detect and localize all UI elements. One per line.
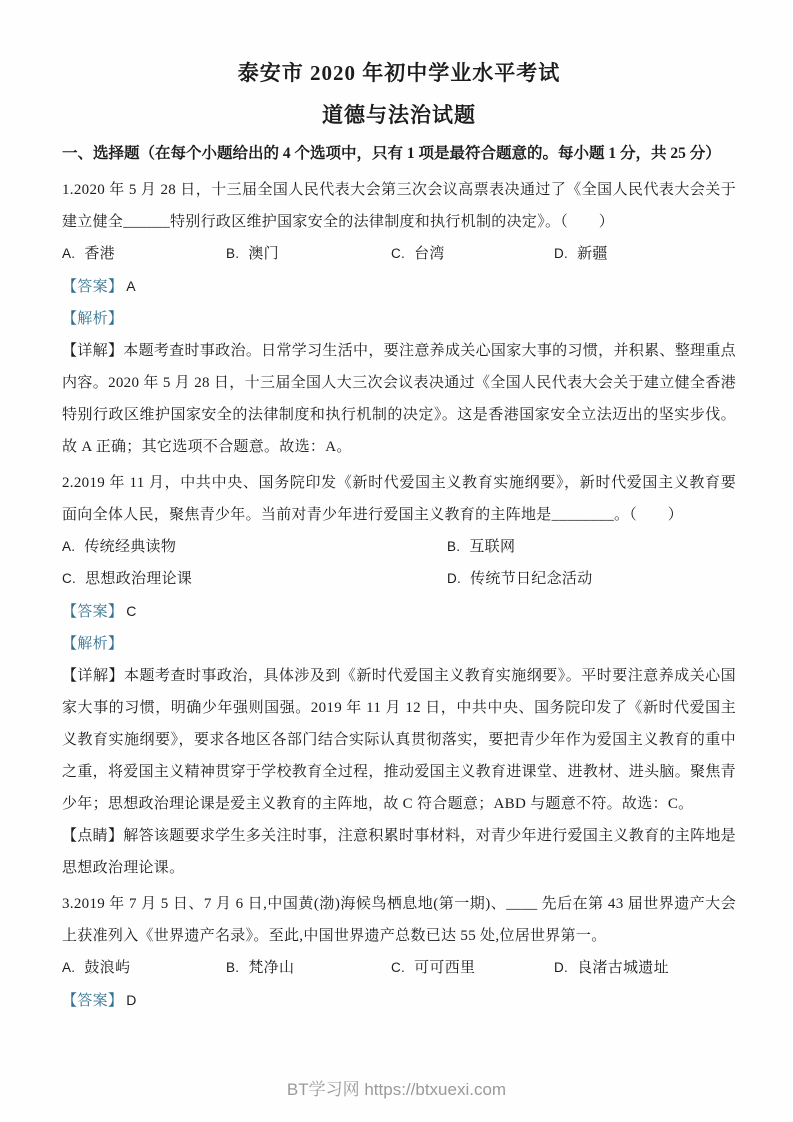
option-key: A. [62,539,75,554]
option-text: 鼓浪屿 [84,960,130,976]
page-subtitle: 道德与法治试题 [62,100,736,130]
question-2-tip: 【点睛】解答该题要求学生多关注时事，注意积累时事材料，对青少年进行爱国主义教育的… [62,820,736,884]
question-2-option-d: D.传统节日纪念活动 [447,563,736,595]
question-2-option-b: B.互联网 [447,531,736,563]
answer-label: 【答案】 [62,993,123,1009]
option-text: 传统节日纪念活动 [470,571,592,587]
option-text: 新疆 [577,246,608,262]
option-text: 可可西里 [414,960,475,976]
question-2-stem: 2.2019 年 11 月，中共中央、国务院印发《新时代爱国主义教育实施纲要》，… [62,467,736,531]
section-heading: 一、选择题（在每个小题给出的 4 个选项中，只有 1 项是最符合题意的。每小题 … [62,138,736,170]
option-text: 互联网 [469,539,515,555]
option-text: 台湾 [414,246,445,262]
question-3-answer-line: 【答案】D [62,984,736,1017]
question-2-answer-line: 【答案】C [62,595,736,628]
analysis-label: 【解析】 [62,636,123,652]
answer-value: A [126,278,136,294]
option-text: 思想政治理论课 [85,571,192,587]
option-key: C. [391,246,405,261]
answer-label: 【答案】 [62,604,123,620]
question-1-analysis-line: 【解析】 [62,303,736,335]
option-key: B. [226,960,239,975]
option-key: C. [391,960,405,975]
question-1-option-c: C.台湾 [391,238,554,270]
question-2-option-c: C.思想政治理论课 [62,563,447,595]
option-key: B. [226,246,239,261]
question-3-options: A.鼓浪屿 B.梵净山 C.可可西里 D.良渚古城遗址 [62,952,736,984]
analysis-label: 【解析】 [62,311,123,327]
option-text: 澳门 [248,246,279,262]
option-text: 传统经典读物 [84,539,176,555]
option-key: D. [554,960,568,975]
question-2-options: A.传统经典读物 B.互联网 C.思想政治理论课 D.传统节日纪念活动 [62,531,736,595]
question-1-option-d: D.新疆 [554,238,736,270]
question-1-stem: 1.2020 年 5 月 28 日，十三届全国人民代表大会第三次会议高票表决通过… [62,174,736,238]
footer-watermark: BT学习网 https://btxuexi.com [0,1075,793,1100]
option-key: D. [554,246,568,261]
option-key: C. [62,571,76,586]
question-2-option-a: A.传统经典读物 [62,531,447,563]
question-3-stem: 3.2019 年 7 月 5 日、7 月 6 日,中国黄(渤)海候鸟栖息地(第一… [62,888,736,952]
answer-value: C [126,603,136,619]
question-3-option-a: A.鼓浪屿 [62,952,226,984]
question-3-option-d: D.良渚古城遗址 [554,952,736,984]
page-title: 泰安市 2020 年初中学业水平考试 [62,58,736,88]
option-text: 香港 [84,246,115,262]
question-1-answer-line: 【答案】A [62,270,736,303]
question-1-option-b: B.澳门 [226,238,391,270]
option-text: 梵净山 [248,960,294,976]
answer-value: D [126,992,136,1008]
option-key: D. [447,571,461,586]
question-3-option-b: B.梵净山 [226,952,391,984]
option-key: A. [62,960,75,975]
question-1-options: A.香港 B.澳门 C.台湾 D.新疆 [62,238,736,270]
question-2-analysis-line: 【解析】 [62,628,736,660]
question-3-option-c: C.可可西里 [391,952,554,984]
question-1-detail: 【详解】本题考查时事政治。日常学习生活中，要注意养成关心国家大事的习惯，并积累、… [62,335,736,463]
exam-document: 泰安市 2020 年初中学业水平考试 道德与法治试题 一、选择题（在每个小题给出… [0,0,793,1017]
answer-label: 【答案】 [62,279,123,295]
question-1-option-a: A.香港 [62,238,226,270]
option-key: A. [62,246,75,261]
option-text: 良渚古城遗址 [577,960,669,976]
question-2-detail: 【详解】本题考查时事政治，具体涉及到《新时代爱国主义教育实施纲要》。平时要注意养… [62,660,736,820]
option-key: B. [447,539,460,554]
